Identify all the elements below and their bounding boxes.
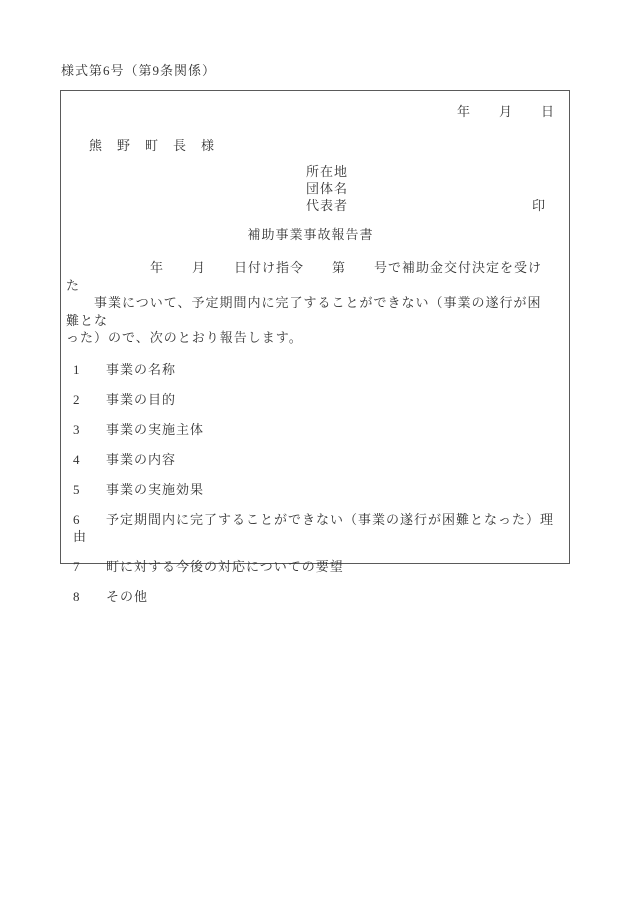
report-form-box: 年 月 日 熊 野 町 長 様 所在地 団体名 代表者 印 補助事業事故報告書 … bbox=[60, 90, 570, 564]
list-item: 7町に対する今後の対応についての要望 bbox=[73, 558, 555, 575]
addressee-line: 熊 野 町 長 様 bbox=[89, 137, 555, 154]
form-number-label: 様式第6号（第9条関係） bbox=[61, 62, 216, 79]
sender-address-label: 所在地 bbox=[306, 163, 546, 180]
item-label: 町に対する今後の対応についての要望 bbox=[106, 559, 344, 574]
item-label: 事業の目的 bbox=[106, 392, 176, 407]
list-item: 6予定期間内に完了することができない（事業の遂行が困難となった）理由 bbox=[73, 511, 555, 545]
list-item: 3事業の実施主体 bbox=[73, 421, 555, 438]
item-number: 6 bbox=[73, 511, 106, 528]
body-paragraph-line-3: った）ので、次のとおり報告します。 bbox=[66, 329, 555, 347]
item-number: 1 bbox=[73, 361, 106, 378]
item-label: 事業の名称 bbox=[106, 362, 176, 377]
item-number: 4 bbox=[73, 451, 106, 468]
list-item: 8その他 bbox=[73, 588, 555, 605]
item-list: 1事業の名称 2事業の目的 3事業の実施主体 4事業の内容 5事業の実施効果 6… bbox=[66, 361, 555, 605]
item-label: その他 bbox=[106, 589, 148, 604]
body-paragraph-line-2: 事業について、予定期間内に完了することができない（事業の遂行が困難とな bbox=[66, 294, 555, 329]
list-item: 2事業の目的 bbox=[73, 391, 555, 408]
item-label: 事業の実施効果 bbox=[106, 482, 204, 497]
list-item: 1事業の名称 bbox=[73, 361, 555, 378]
item-number: 3 bbox=[73, 421, 106, 438]
item-number: 7 bbox=[73, 558, 106, 575]
document-page: 様式第6号（第9条関係） 年 月 日 熊 野 町 長 様 所在地 団体名 代表者… bbox=[0, 0, 630, 915]
body-paragraph: 年 月 日付け指令 第 号で補助金交付決定を受けた 事業について、予定期間内に完… bbox=[66, 259, 555, 347]
item-number: 5 bbox=[73, 481, 106, 498]
item-label: 事業の内容 bbox=[106, 452, 176, 467]
body-paragraph-line-1: 年 月 日付け指令 第 号で補助金交付決定を受けた bbox=[66, 259, 555, 294]
document-title: 補助事業事故報告書 bbox=[66, 226, 555, 243]
sender-representative-label: 代表者 bbox=[306, 197, 348, 214]
sender-organization-label: 団体名 bbox=[306, 180, 546, 197]
sender-representative-row: 代表者 印 bbox=[306, 197, 546, 214]
sender-block: 所在地 団体名 代表者 印 bbox=[306, 163, 546, 214]
item-label: 予定期間内に完了することができない（事業の遂行が困難となった）理由 bbox=[73, 512, 554, 544]
item-label: 事業の実施主体 bbox=[106, 422, 204, 437]
list-item: 5事業の実施効果 bbox=[73, 481, 555, 498]
item-number: 2 bbox=[73, 391, 106, 408]
seal-placeholder: 印 bbox=[532, 197, 546, 214]
list-item: 4事業の内容 bbox=[73, 451, 555, 468]
item-number: 8 bbox=[73, 588, 106, 605]
date-line: 年 月 日 bbox=[66, 103, 555, 120]
